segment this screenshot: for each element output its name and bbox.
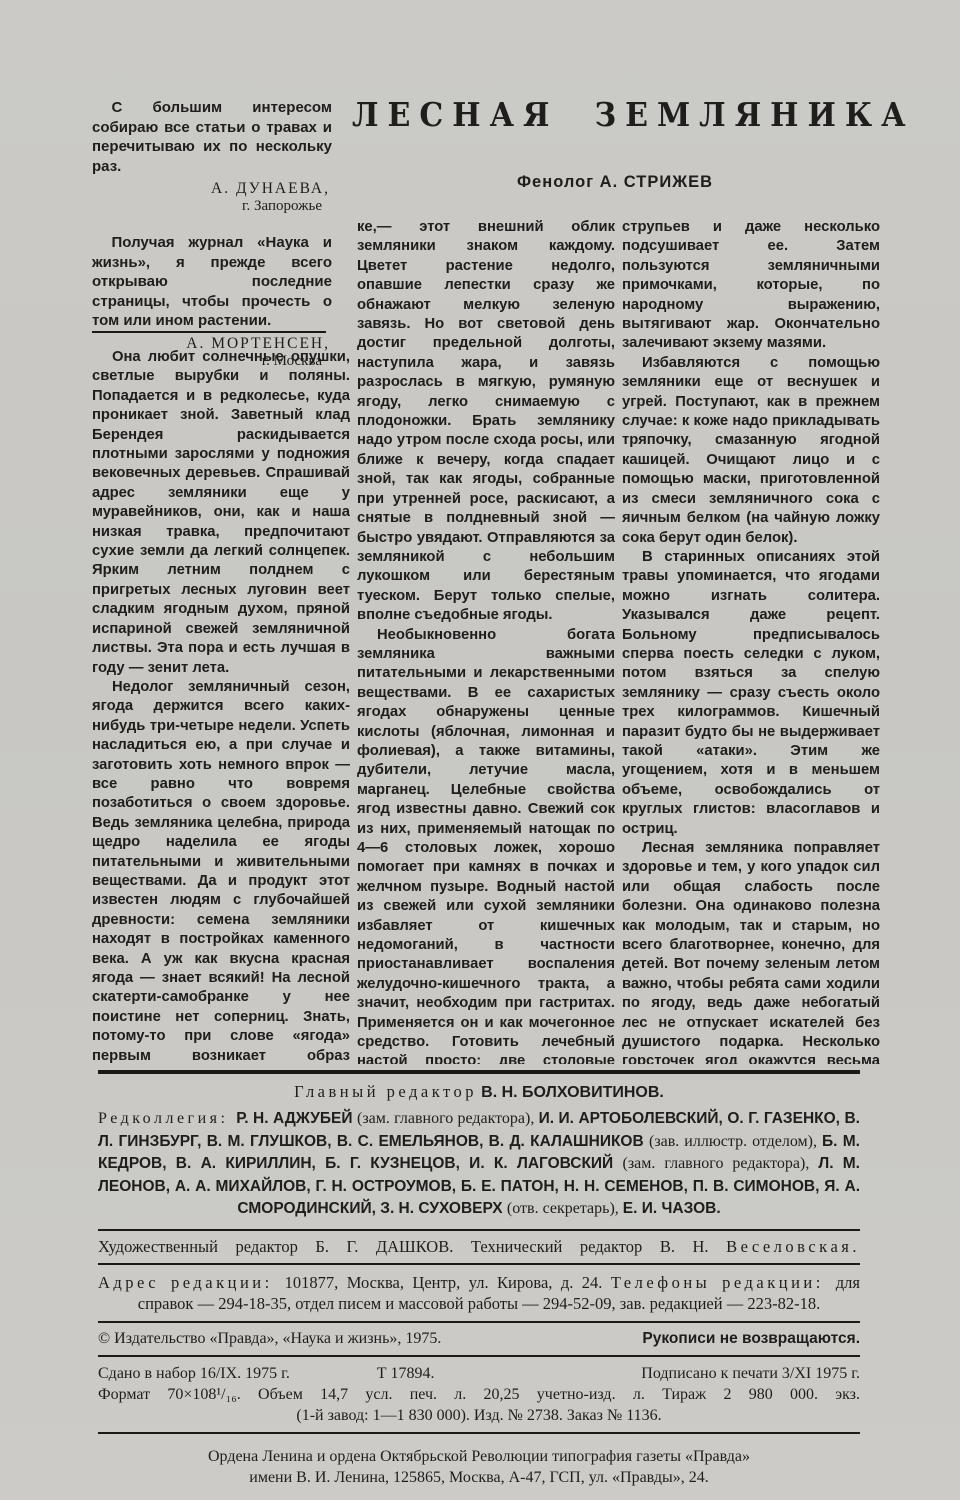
- divider: [98, 1263, 860, 1265]
- letter-place: г. Запорожье: [92, 198, 332, 215]
- board-note: (отв. секретарь),: [507, 1200, 623, 1217]
- article-column-2: ке,— этот внешний облик земляники знаком…: [357, 218, 615, 1064]
- art-tech-editors-line: Художественный редактор Б. Г. ДАШКОВ. Те…: [98, 1237, 860, 1257]
- board-member: Р. Н. АДЖУБЕЙ: [236, 1110, 357, 1127]
- paragraph: Недолог земляничный сезон, ягода держитс…: [92, 678, 350, 1064]
- paragraph: струпьев и даже несколько подсушивает ее…: [622, 218, 880, 354]
- letter-signature: А. ДУНАЕВА,: [92, 180, 332, 198]
- address-text: 101877, Москва, Центр, ул. Кирова, д. 24…: [285, 1273, 611, 1292]
- imprint-line-2: Формат 70×108¹/₁₆. Объем 14,7 усл. печ. …: [98, 1384, 860, 1405]
- phones-label: Телефоны редакции:: [611, 1273, 836, 1292]
- editorial-address: Адрес редакции: 101877, Москва, Центр, у…: [98, 1272, 860, 1314]
- copyright-text: © Издательство «Правда», «Наука и жизнь»…: [98, 1330, 441, 1348]
- article-byline: Фенолог А. СТРИЖЕВ: [352, 173, 878, 192]
- paragraph: Лесная земляника поправляет здоровье и т…: [622, 839, 880, 1064]
- imprint-line-3: (1-й завод: 1—1 830 000). Изд. № 2738. З…: [98, 1405, 860, 1426]
- paragraph: Избавляются с помощью земляники еще от в…: [622, 354, 880, 548]
- paragraph: Необыкновенно богата земляника важными п…: [357, 626, 615, 1064]
- page-footer: Главный редактор В. Н. БОЛХОВИТИНОВ. Ред…: [98, 1070, 860, 1488]
- tech-editor-name: Веселовская.: [726, 1237, 860, 1256]
- manuscripts-notice: Рукописи не возвращаются.: [642, 1330, 860, 1348]
- print-date: Подписано к печати 3/XI 1975 г.: [641, 1363, 860, 1384]
- printing-house-block: Ордена Ленина и ордена Октябрьской Револ…: [98, 1446, 860, 1488]
- typeset-date: Сдано в набор 16/IX. 1975 г.: [98, 1363, 290, 1384]
- imprint-line-1: Сдано в набор 16/IX. 1975 г. Т 17894. По…: [98, 1363, 860, 1384]
- imprint-code: Т 17894.: [377, 1363, 435, 1384]
- reader-letters-block: С большим интересом собираю все статьи о…: [92, 98, 332, 388]
- printing-house-line: имени В. И. Ленина, 125865, Москва, А-47…: [249, 1469, 708, 1486]
- address-label: Адрес редакции:: [98, 1273, 285, 1292]
- copyright-line: © Издательство «Правда», «Наука и жизнь»…: [98, 1330, 860, 1348]
- art-tech-text: Художественный редактор Б. Г. ДАШКОВ. Те…: [98, 1237, 726, 1256]
- paragraph: ке,— этот внешний облик земляники знаком…: [357, 218, 615, 626]
- article-column-1: Она любит солнечные опушки, светлые выру…: [92, 348, 350, 1064]
- divider: [98, 1229, 860, 1231]
- letter-text: Получая журнал «Наука и жизнь», я прежде…: [92, 233, 332, 331]
- article-column-3: струпьев и даже несколько подсушивает ее…: [622, 218, 880, 1064]
- editorial-board: Редколлегия: Р. Н. АДЖУБЕЙ (зам. главног…: [98, 1108, 860, 1221]
- divider: [98, 1321, 860, 1323]
- board-note: (зам. главного редактора),: [622, 1155, 818, 1172]
- print-imprint-block: Сдано в набор 16/IX. 1975 г. Т 17894. По…: [98, 1363, 860, 1426]
- article-header: ЛЕСНАЯ ЗЕМЛЯНИКА Фенолог А. СТРИЖЕВ: [352, 98, 878, 192]
- footer-top-rule: [98, 1070, 860, 1074]
- article-title: ЛЕСНАЯ ЗЕМЛЯНИКА: [352, 97, 878, 135]
- board-label: Редколлегия:: [98, 1110, 236, 1127]
- letters-article-divider: [92, 331, 326, 333]
- divider: [98, 1355, 860, 1357]
- chief-editor-name: В. Н. БОЛХОВИТИНОВ.: [481, 1084, 664, 1101]
- printing-house-line: Ордена Ленина и ордена Октябрьской Револ…: [208, 1448, 750, 1465]
- board-member: Е. И. ЧАЗОВ.: [623, 1200, 721, 1217]
- board-note: (зав. иллюстр. отделом),: [649, 1133, 822, 1150]
- paragraph: Она любит солнечные опушки, светлые выру…: [92, 348, 350, 678]
- chief-editor-line: Главный редактор В. Н. БОЛХОВИТИНОВ.: [98, 1082, 860, 1102]
- letter-text: С большим интересом собираю все статьи о…: [92, 98, 332, 176]
- chief-editor-label: Главный редактор: [294, 1082, 477, 1101]
- paragraph: В старинных описаниях этой травы упомина…: [622, 548, 880, 839]
- board-note: (зам. главного редактора),: [357, 1110, 539, 1127]
- divider: [98, 1432, 860, 1434]
- scanned-magazine-page: С большим интересом собираю все статьи о…: [0, 0, 960, 1500]
